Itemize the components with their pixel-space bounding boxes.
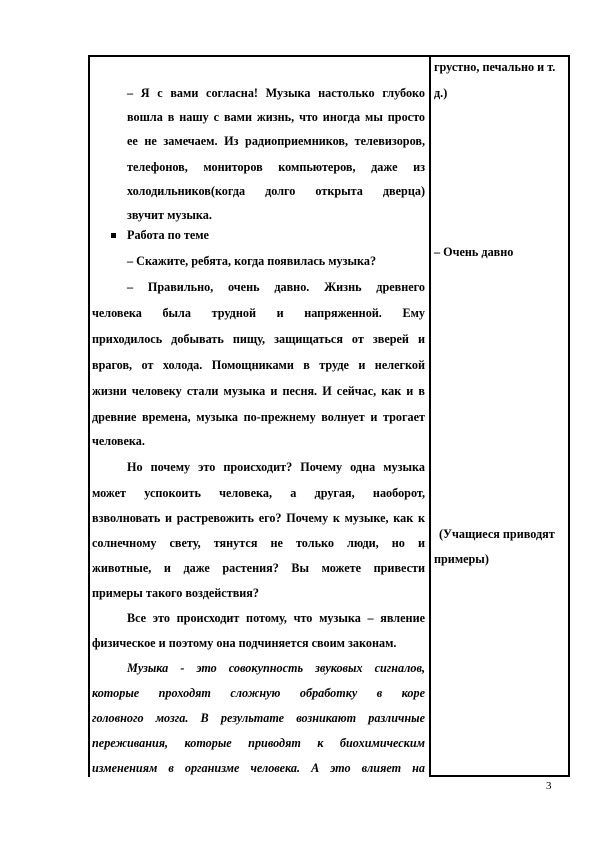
text-line: – Я с вами согласна! Музыка настолько гл… [127,86,425,100]
definition-line: которые проходят сложную обработку в кор… [92,686,425,700]
text-line: примеры такого воздействия? [92,586,259,600]
text-line: холодильников(когда долго открыта дверца… [127,184,425,198]
text-line: животные, и даже растения? Вы можете при… [92,561,425,575]
text-line: врагов, от холода. Помощниками в труде и… [92,358,425,372]
text-line: жизни человеку стали музыка и песня. И с… [92,384,425,398]
text-line: может успокоить человека, а другая, наоб… [92,486,425,500]
text-line: ее не замечаем. Из радиоприемников, теле… [127,134,425,148]
text-line: – Правильно, очень давно. Жизнь древнего [127,280,425,294]
definition-line: Музыка - это совокупность звуковых сигна… [127,661,425,675]
right-note-answer: – Очень давно [434,245,513,259]
table-border-left [88,55,90,777]
definition-line: изменениям в организме человека. А это в… [92,761,425,775]
right-note: примеры) [434,552,489,566]
text-line: Но почему это происходит? Почему одна му… [127,460,425,474]
section-heading: Работа по теме [127,228,209,242]
right-note: д.) [434,86,447,100]
text-line: телефонов, мониторов компьютеров, даже и… [127,160,425,174]
table-border-top [88,55,570,57]
right-note: грустно, печально и т. [434,60,555,74]
document-page: – Я с вами согласна! Музыка настолько гл… [0,0,595,842]
bullet-icon [111,233,116,238]
text-line: солнечному свету, тянутся не только люди… [92,536,425,550]
text-line: человека. [92,434,145,448]
text-line: Все это происходит потому, что музыка – … [127,611,425,625]
page-number: 3 [546,780,552,792]
table-border-bottom [429,775,570,777]
text-line: древние времена, музыка по-прежнему волн… [92,410,425,424]
right-note: (Учащиеся приводят [439,527,555,541]
text-line: взволновать и растревожить его? Почему к… [92,511,425,525]
definition-line: переживания, которые приводят к биохимич… [92,736,425,750]
definition-line: головного мозга. В результате возникают … [92,711,425,725]
text-line: вошла в нашу с вами жизнь, что иногда мы… [127,110,425,124]
question-line: – Скажите, ребята, когда появилась музык… [127,254,376,268]
table-border-right [568,55,570,777]
table-column-divider [429,55,431,777]
text-line: приходилось добывать пищу, защищаться от… [92,332,425,346]
text-line: человека была трудной и напряженной. Ему [92,306,425,320]
text-line: физическое и поэтому она подчиняется сво… [92,636,396,650]
text-line: звучит музыка. [127,208,212,222]
